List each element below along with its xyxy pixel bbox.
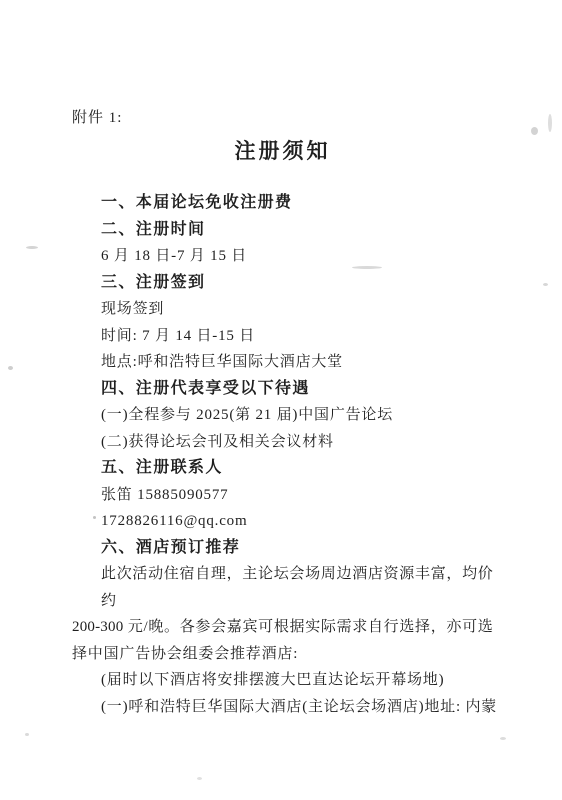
scan-speck	[93, 516, 96, 519]
checkin-type: 现场签到	[72, 296, 493, 323]
section-2-heading: 二、注册时间	[72, 217, 493, 244]
scan-speck	[25, 733, 29, 736]
scan-speck	[500, 737, 506, 740]
registration-dates: 6 月 18 日-7 月 15 日	[72, 243, 493, 270]
section-6-heading: 六、酒店预订推荐	[72, 535, 493, 562]
section-5-heading: 五、注册联系人	[72, 455, 493, 482]
hotel-item-1: (一)呼和浩特巨华国际大酒店(主论坛会场酒店)地址: 内蒙	[72, 694, 493, 721]
document-body: 附件 1: 注册须知 一、本届论坛免收注册费 二、注册时间 6 月 18 日-7…	[72, 105, 493, 720]
scan-speck	[197, 777, 202, 780]
scan-speck	[8, 366, 13, 370]
document-title: 注册须知	[72, 137, 493, 167]
contact-name-phone: 张笛 15885090577	[72, 482, 493, 509]
hotel-paragraph-line-2: 200-300 元/晚。各参会嘉宾可根据实际需求自行选择，亦可选	[72, 614, 493, 641]
contact-email: 1728826116@qq.com	[72, 508, 493, 535]
hotel-paragraph-line-1: 此次活动住宿自理，主论坛会场周边酒店资源丰富，均价约	[72, 561, 493, 614]
section-1-heading: 一、本届论坛免收注册费	[72, 190, 493, 217]
section-4-heading: 四、注册代表享受以下待遇	[72, 376, 493, 403]
benefit-item-2: (二)获得论坛会刊及相关会议材料	[72, 429, 493, 456]
scanned-document-page: 附件 1: 注册须知 一、本届论坛免收注册费 二、注册时间 6 月 18 日-7…	[0, 0, 562, 800]
scan-speck	[352, 266, 382, 269]
section-3-heading: 三、注册签到	[72, 270, 493, 297]
hotel-paragraph-line-3: 择中国广告协会组委会推荐酒店:	[72, 641, 493, 668]
checkin-location: 地点:呼和浩特巨华国际大酒店大堂	[72, 349, 493, 376]
scan-speck	[548, 114, 552, 132]
scan-speck	[543, 283, 548, 286]
benefit-item-1: (一)全程参与 2025(第 21 届)中国广告论坛	[72, 402, 493, 429]
attachment-label: 附件 1:	[72, 105, 493, 132]
scan-speck	[531, 127, 538, 135]
shuttle-note: (届时以下酒店将安排摆渡大巴直达论坛开幕场地)	[72, 667, 493, 694]
scan-speck	[26, 246, 38, 249]
checkin-time: 时间: 7 月 14 日-15 日	[72, 323, 493, 350]
